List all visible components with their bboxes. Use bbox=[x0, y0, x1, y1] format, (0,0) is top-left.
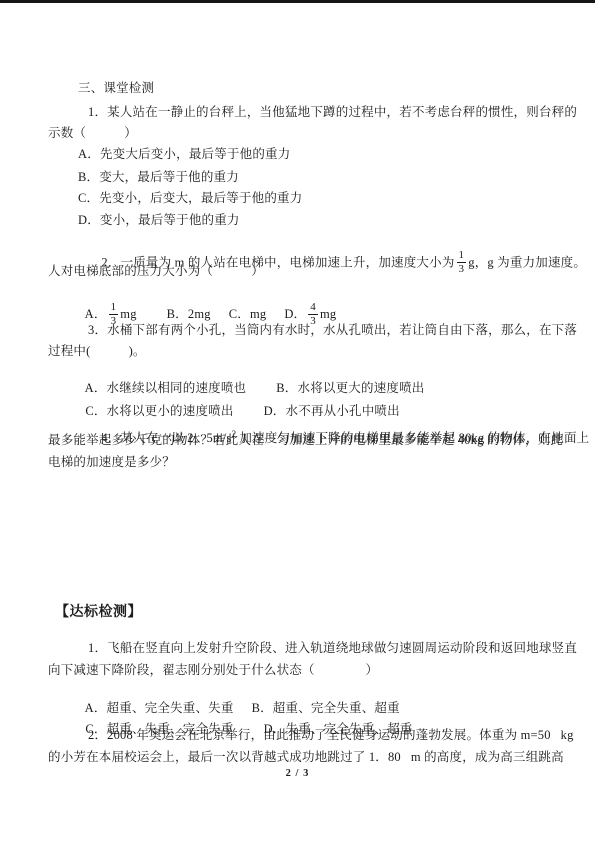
std-q1-stem-line2: 向下减速下降阶段，翟志刚分别处于什么状态（ ） bbox=[48, 662, 378, 678]
q1-option-a: A．先变大后变小，最后等于他的重力 bbox=[78, 146, 290, 162]
q3-stem-line2: 过程中( )。 bbox=[48, 343, 146, 359]
std-q2-stem-line2: 的小芳在本届校运会上，最后一次以背越式成功地跳过了 1．80 m 的高度，成为高… bbox=[48, 749, 564, 765]
classroom-section-heading: 三、课堂检测 bbox=[78, 80, 154, 96]
q2-option-a: A．13mg bbox=[85, 307, 137, 321]
q2-stem-line2: 人对电梯底部的压力大小为（ ） bbox=[48, 263, 264, 279]
std-q1-stem-line1: 1．飞船在竖直向上发射升空阶段、进入轨道绕地球做匀速圆周运动阶段和返回地球竖直 bbox=[88, 640, 577, 656]
q2-option-d: D．43mg bbox=[284, 307, 336, 321]
q3-stem-line1: 3．水桶下部有两个小孔，当筒内有水时，水从孔喷出，若让筒自由下落，那么，在下落 bbox=[88, 322, 577, 338]
q2-stem-post: g，g 为重力加速度。 bbox=[468, 255, 586, 269]
q2-option-b: B．2mg bbox=[167, 307, 211, 321]
document-page: 三、课堂检测 1．某人站在一静止的台秤上，当他猛地下蹲的过程中，若不考虑台秤的惯… bbox=[0, 0, 595, 841]
q1-option-b: B．变大，最后等于他的重力 bbox=[78, 169, 239, 185]
fraction-one-third: 13 bbox=[457, 250, 467, 275]
q4-stem-line3: 电梯的加速度是多少？ bbox=[48, 454, 175, 470]
standard-section-heading: 【达标检测】 bbox=[55, 605, 142, 621]
q4-stem-line2: 最多能举起多少千克的物体？若此人在一匀加速上升的电梯里最多能举起 40kg 的物… bbox=[48, 432, 563, 448]
q2-option-c: C．mg bbox=[229, 307, 267, 321]
q1-option-c: C．先变小，后变大，最后等于他的重力 bbox=[78, 190, 302, 206]
page-top-border bbox=[0, 0, 595, 3]
page-number: 2 / 3 bbox=[0, 768, 595, 779]
q1-stem-line1: 1．某人站在一静止的台秤上，当他猛地下蹲的过程中，若不考虑台秤的惯性，则台秤的 bbox=[88, 104, 577, 120]
std-q2-stem-line1: 2．2008 年奥运会在北京举行，由此推动了全民健身运动的蓬勃发展。体重为 m=… bbox=[88, 727, 574, 743]
q1-option-d: D．变小，最后等于他的重力 bbox=[78, 212, 240, 228]
q1-stem-line2: 示数（ ） bbox=[48, 125, 137, 141]
